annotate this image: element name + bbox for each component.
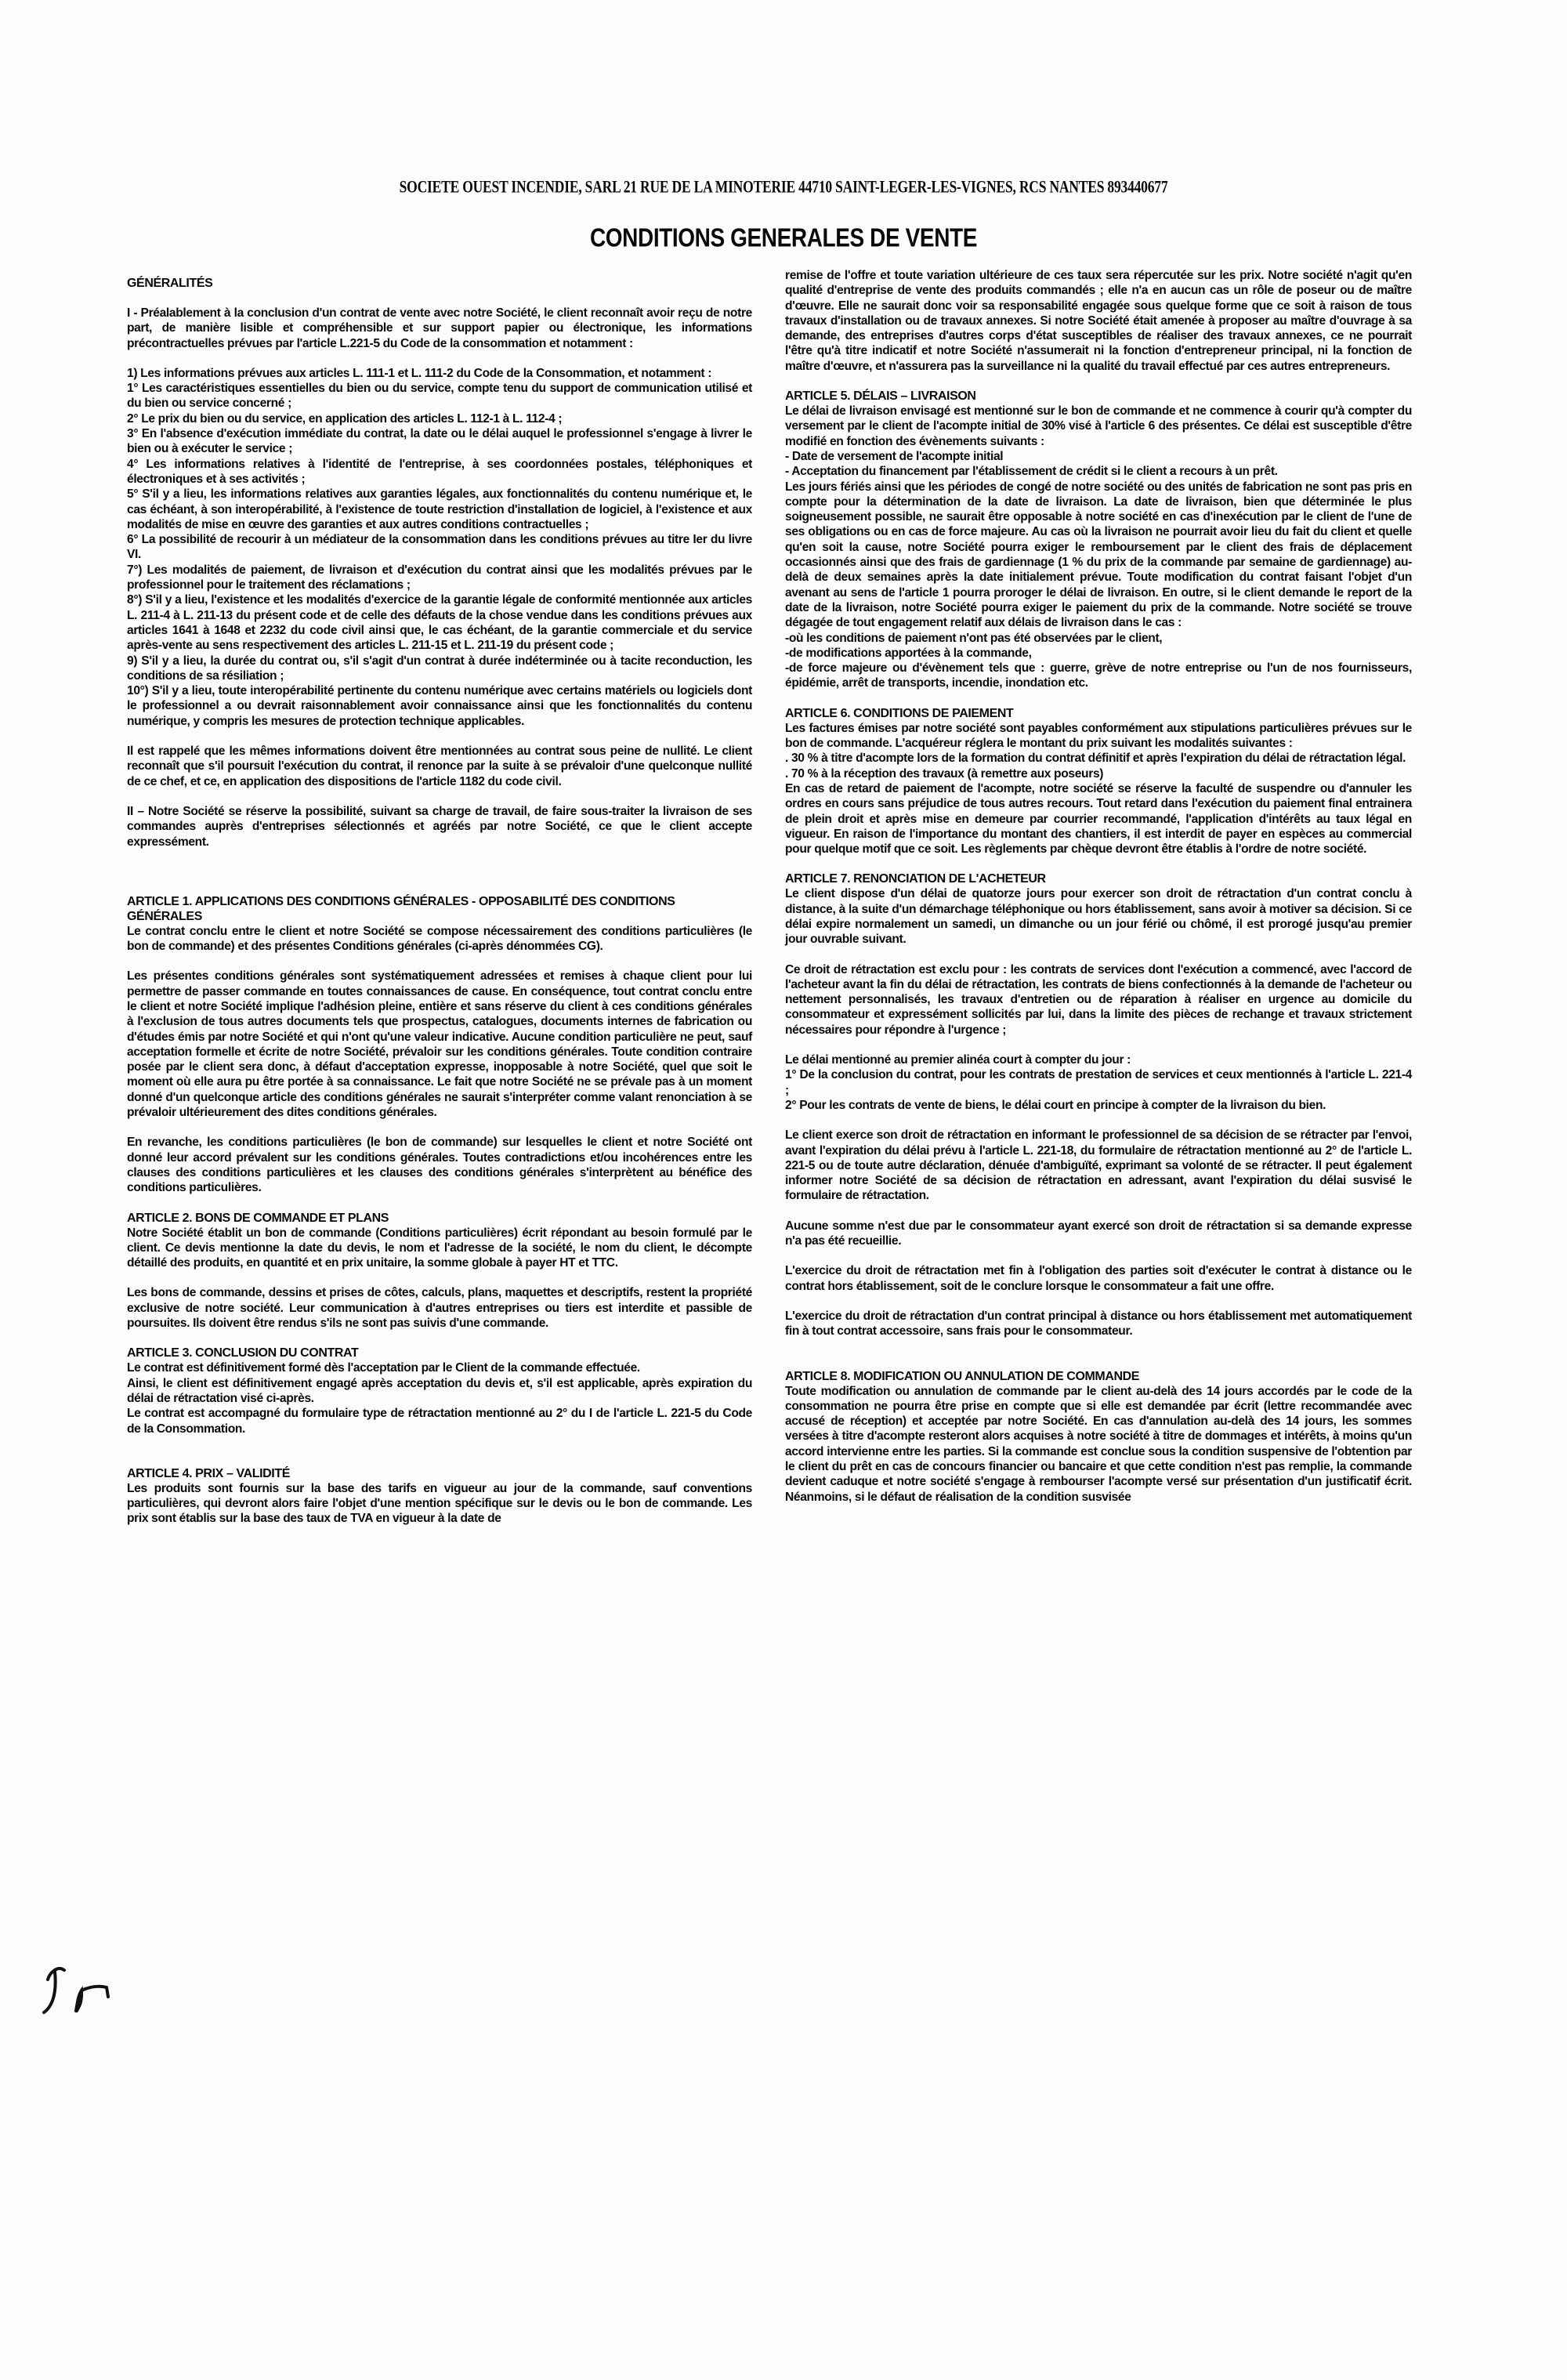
article-7-delay-item-2-bold: 2° Pour les contrats de vente de biens [785,1099,996,1112]
article-1-heading: ARTICLE 1. APPLICATIONS DES CONDITIONS G… [127,894,752,924]
article-7-paragraph-5: Aucune somme n'est due par le consommate… [785,1219,1412,1249]
generalites-list-intro: 1) Les informations prévues aux articles… [127,366,752,381]
left-column: GÉNÉRALITÉS I - Préalablement à la concl… [127,276,752,1527]
signature-initials-icon [41,1956,119,2027]
generalites-intro: I - Préalablement à la conclusion d'un c… [127,306,752,351]
info-item-4: 4° Les informations relatives à l'identi… [127,457,752,487]
info-item-3: 3° En l'absence d'exécution immédiate du… [127,426,752,457]
article-6-installment-1: . 30 % à titre d'acompte lors de la form… [785,751,1412,766]
article-7-paragraph-4: Le client exerce son droit de rétractati… [785,1128,1412,1203]
section-heading-generalites: GÉNÉRALITÉS [127,276,752,291]
handwritten-initials [41,1956,119,2027]
article-7-delay-intro: Le délai mentionné au premier alinéa cou… [785,1052,1412,1067]
article-1-paragraph-2: Les présentes conditions générales sont … [127,969,752,1120]
article-7-delay-item-2-rest: , le délai court en principe à compter d… [996,1099,1326,1112]
info-item-9: 9) S'il y a lieu, la durée du contrat ou… [127,654,752,684]
info-item-5: 5° S'il y a lieu, les informations relat… [127,487,752,532]
article-3-paragraph-2: Ainsi, le client est définitivement enga… [127,1376,752,1407]
nullity-reminder: Il est rappelé que les mêmes information… [127,744,752,789]
subcontracting-clause: II – Notre Société se réserve la possibi… [127,804,752,849]
article-6-paragraph-2: En cas de retard de paiement de l'acompt… [785,781,1412,857]
article-6-heading: ARTICLE 6. CONDITIONS DE PAIEMENT [785,706,1412,721]
article-6-paragraph-1: Les factures émises par notre société so… [785,721,1412,752]
article-7-paragraph-6: L'exercice du droit de rétractation met … [785,1263,1412,1294]
article-3-paragraph-3: Le contrat est accompagné du formulaire … [127,1406,752,1436]
info-item-7: 7°) Les modalités de paiement, de livrai… [127,563,752,593]
article-8-paragraph-1: Toute modification ou annulation de comm… [785,1384,1412,1505]
article-5-heading: ARTICLE 5. DÉLAIS – LIVRAISON [785,389,1412,404]
article-2-paragraph-2: Les bons de commande, dessins et prises … [127,1285,752,1331]
article-5-paragraph-1: Le délai de livraison envisagé est menti… [785,404,1412,449]
article-7-paragraph-7: L'exercice du droit de rétractation d'un… [785,1309,1412,1339]
article-6-installment-2: . 70 % à la réception des travaux (à rem… [785,766,1412,781]
right-column: remise de l'offre et toute variation ult… [785,268,1412,1505]
info-item-2: 2° Le prix du bien ou du service, en app… [127,411,752,426]
article-7-heading: ARTICLE 7. RENONCIATION DE L'ACHETEUR [785,871,1412,886]
company-header-line: SOCIETE OUEST INCENDIE, SARL 21 RUE DE L… [0,176,1567,197]
article-7-delay-item-2: 2° Pour les contrats de vente de biens, … [785,1098,1412,1113]
article-5-event-1: - Date de versement de l'acompte initial [785,449,1412,464]
article-5-case-2: -de modifications apportées à la command… [785,646,1412,661]
article-5-case-3: -de force majeure ou d'évènement tels qu… [785,661,1412,691]
article-4-continuation: remise de l'offre et toute variation ult… [785,268,1412,374]
article-1-paragraph-3: En revanche, les conditions particulière… [127,1135,752,1195]
article-5-paragraph-2: Les jours fériés ainsi que les périodes … [785,480,1412,631]
article-7-paragraph-2: Ce droit de rétractation est exclu pour … [785,962,1412,1038]
article-2-paragraph-1: Notre Société établit un bon de commande… [127,1226,752,1271]
article-8-heading: ARTICLE 8. MODIFICATION OU ANNULATION DE… [785,1369,1412,1384]
article-3-paragraph-1: Le contrat est définitivement formé dès … [127,1360,752,1375]
info-item-8: 8°) S'il y a lieu, l'existence et les mo… [127,592,752,653]
article-5-event-2: - Acceptation du financement par l'établ… [785,464,1412,479]
article-4-heading: ARTICLE 4. PRIX – VALIDITÉ [127,1466,752,1481]
article-5-case-1: -où les conditions de paiement n'ont pas… [785,631,1412,646]
page-title: CONDITIONS GENERALES DE VENTE [0,223,1567,253]
info-item-1: 1° Les caractéristiques essentielles du … [127,381,752,411]
info-item-6: 6° La possibilité de recourir à un média… [127,532,752,563]
article-7-paragraph-1: Le client dispose d'un délai de quatorze… [785,886,1412,947]
info-item-10: 10°) S'il y a lieu, toute interopérabili… [127,683,752,729]
article-3-heading: ARTICLE 3. CONCLUSION DU CONTRAT [127,1346,752,1360]
article-4-paragraph-1: Les produits sont fournis sur la base de… [127,1481,752,1527]
article-2-heading: ARTICLE 2. BONS DE COMMANDE ET PLANS [127,1211,752,1226]
article-1-paragraph-1: Le contrat conclu entre le client et not… [127,924,752,955]
article-7-delay-item-1: 1° De la conclusion du contrat, pour les… [785,1067,1412,1098]
